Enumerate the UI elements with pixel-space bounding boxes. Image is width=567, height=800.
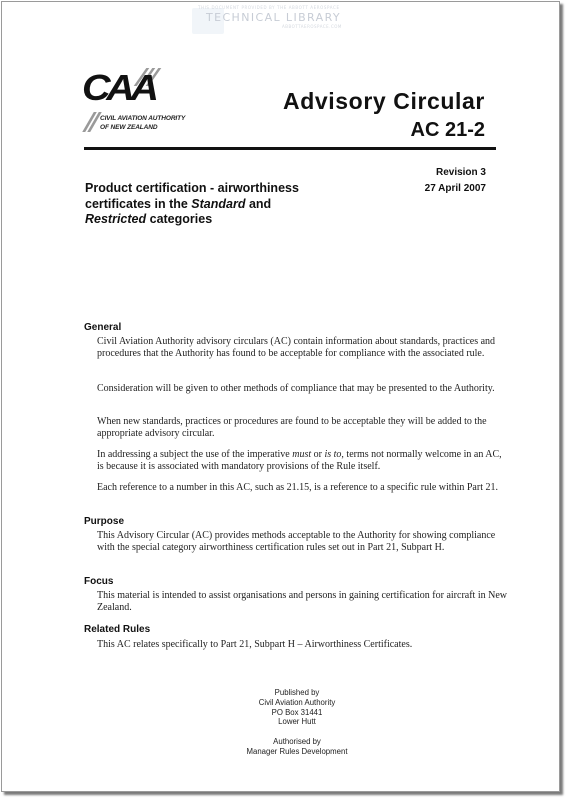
logo-small-stripes-icon <box>84 112 100 132</box>
document-type: Advisory Circular <box>283 88 485 115</box>
logo-mark: CAA <box>82 70 155 106</box>
general-para-1: Civil Aviation Authority advisory circul… <box>97 336 507 361</box>
technical-library-watermark: THIS DOCUMENT PROVIDED BY THE ABBOTT AER… <box>192 4 382 36</box>
logo-org-line1: CIVIL AVIATION AUTHORITY <box>100 115 185 122</box>
general-para-reference: Each reference to a number in this AC, s… <box>97 482 507 494</box>
watermark-top-line: THIS DOCUMENT PROVIDED BY THE ABBOTT AER… <box>198 5 340 10</box>
general-para-2: Consideration will be given to other met… <box>97 383 507 395</box>
header-rule <box>84 147 496 150</box>
section-heading-related-rules: Related Rules <box>84 624 150 635</box>
document-number: AC 21-2 <box>411 119 485 142</box>
section-heading-general: General <box>84 322 121 333</box>
focus-para: This material is intended to assist orga… <box>97 590 507 615</box>
general-para-imperative: In addressing a subject the use of the i… <box>97 449 507 474</box>
revision-date: 27 April 2007 <box>425 183 486 194</box>
purpose-para: This Advisory Circular (AC) provides met… <box>97 530 507 555</box>
document-page: THIS DOCUMENT PROVIDED BY THE ABBOTT AER… <box>1 1 560 792</box>
revision-label: Revision 3 <box>436 167 486 178</box>
authorised-by-block: Authorised by Manager Rules Development <box>182 737 412 757</box>
watermark-url: ABBOTTAEROSPACE.COM <box>282 24 342 29</box>
watermark-title: TECHNICAL LIBRARY <box>206 11 341 24</box>
subject-italic-standard: Standard <box>191 197 245 211</box>
document-subject: Product certification - airworthiness ce… <box>85 181 335 228</box>
logo-org-line2: OF NEW ZEALAND <box>100 124 157 131</box>
section-heading-purpose: Purpose <box>84 516 124 527</box>
section-heading-focus: Focus <box>84 576 113 587</box>
published-by-block: Published by Civil Aviation Authority PO… <box>182 688 412 727</box>
caa-logo: CAA CIVIL AVIATION AUTHORITY OF NEW ZEAL… <box>82 68 222 136</box>
general-para-3: When new standards, practices or procedu… <box>97 416 507 441</box>
related-rules-para: This AC relates specifically to Part 21,… <box>97 639 507 651</box>
subject-italic-restricted: Restricted <box>85 212 146 226</box>
